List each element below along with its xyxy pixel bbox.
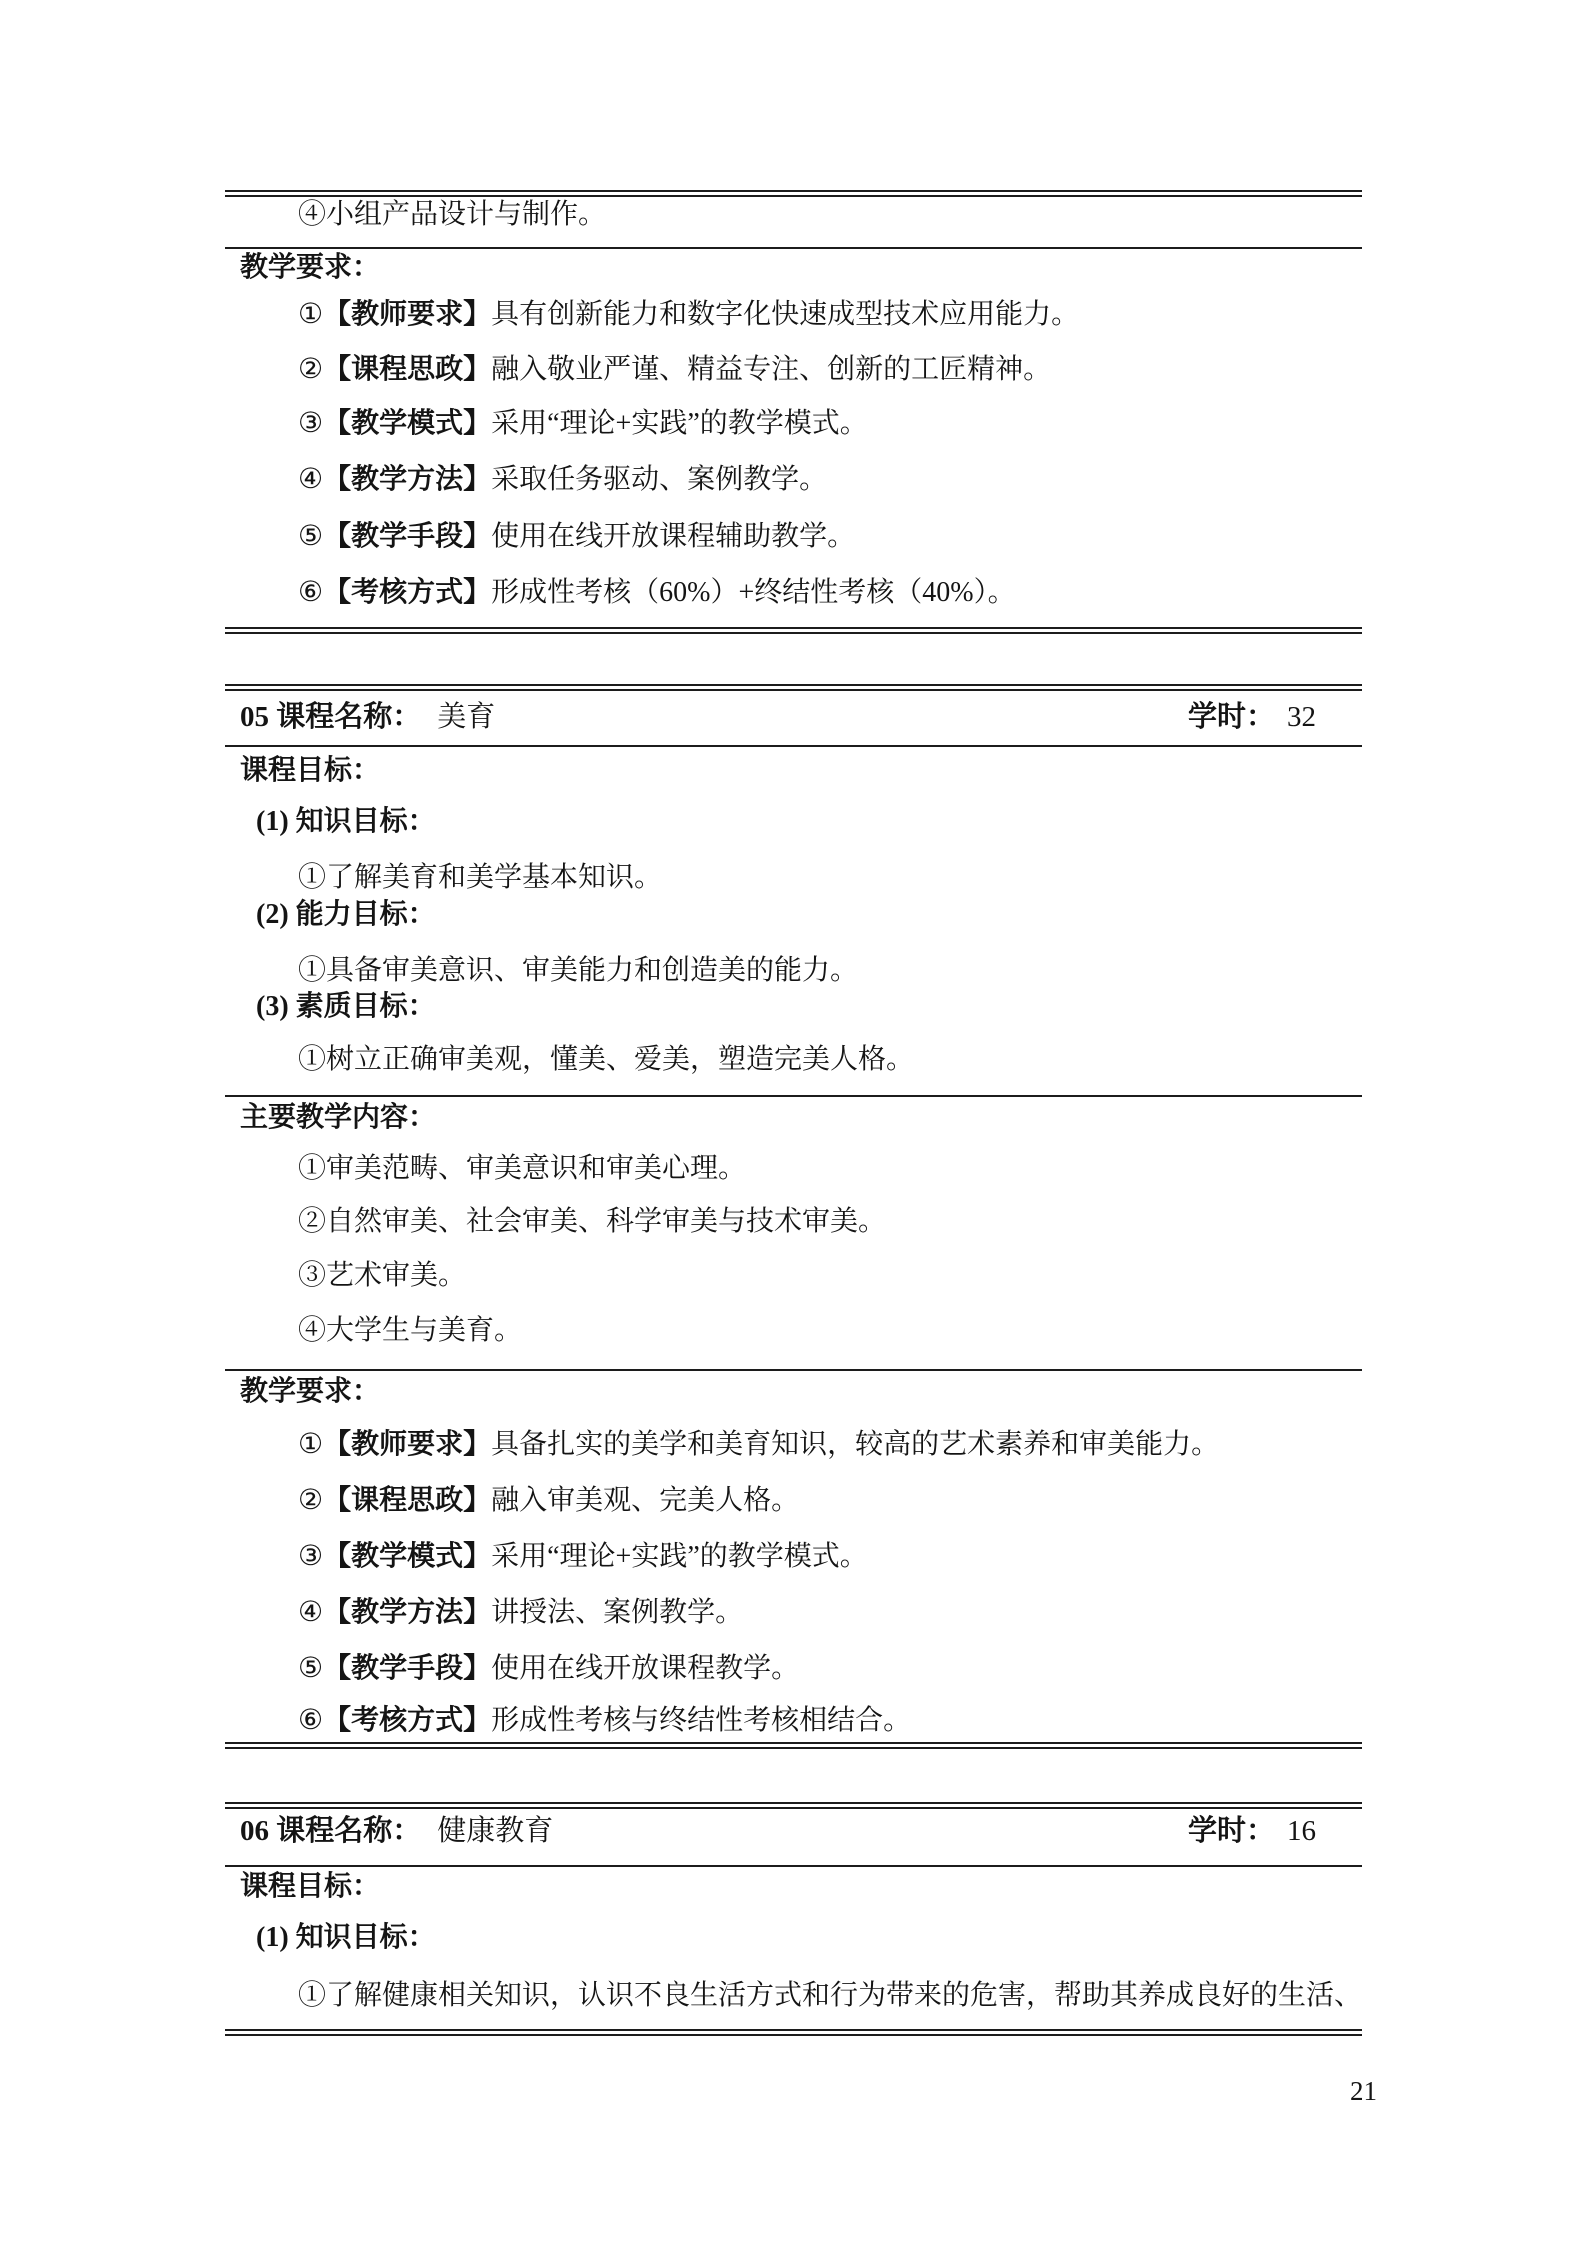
requirement-text: 具备扎实的美学和美育知识，较高的艺术素养和审美能力。 xyxy=(491,1429,1219,1460)
separator-line xyxy=(225,247,1362,249)
section-heading: 教学要求： xyxy=(240,251,380,285)
content-item: ④小组产品设计与制作。 xyxy=(298,198,606,232)
separator-double-line xyxy=(225,2029,1362,2036)
requirement-label: 【教学手段】 xyxy=(323,1653,491,1684)
objective-item: ①具备审美意识、审美能力和创造美的能力。 xyxy=(298,954,858,988)
requirement-number: ⑤ xyxy=(298,1653,323,1684)
requirement-text: 采用“理论+实践”的教学模式。 xyxy=(491,408,868,439)
requirement-item: ⑤【教学手段】使用在线开放课程辅助教学。 xyxy=(298,520,855,554)
requirement-label: 【教师要求】 xyxy=(323,1429,491,1460)
course-code-label: 06 课程名称： xyxy=(240,1814,421,1848)
course-hours: 学时：16 xyxy=(1188,1814,1316,1848)
requirement-text: 融入敬业严谨、精益专注、创新的工匠精神。 xyxy=(491,354,1051,385)
objective-subheading: (1) 知识目标： xyxy=(256,805,436,839)
section-heading: 课程目标： xyxy=(240,754,380,788)
separator-double-line xyxy=(225,684,1362,691)
section-heading: 教学要求： xyxy=(240,1375,380,1409)
course-code-label: 05 课程名称： xyxy=(240,700,421,734)
requirement-label: 【教学模式】 xyxy=(323,1541,491,1572)
requirement-item: ③【教学模式】采用“理论+实践”的教学模式。 xyxy=(298,1540,868,1574)
content-item: ③艺术审美。 xyxy=(298,1259,466,1293)
course-header-row: 06 课程名称： 健康教育 学时：16 xyxy=(240,1814,1362,1848)
hours-value: 16 xyxy=(1287,1815,1316,1847)
course-hours: 学时：32 xyxy=(1188,700,1316,734)
requirement-number: ② xyxy=(298,354,323,385)
requirement-item: ①【教师要求】具有创新能力和数字化快速成型技术应用能力。 xyxy=(298,298,1079,332)
requirement-item: ④【教学方法】讲授法、案例教学。 xyxy=(298,1596,743,1630)
requirement-text: 使用在线开放课程辅助教学。 xyxy=(491,521,855,552)
objective-subheading: (2) 能力目标： xyxy=(256,898,436,932)
content-item: ②自然审美、社会审美、科学审美与技术审美。 xyxy=(298,1205,886,1239)
requirement-number: ① xyxy=(298,299,323,330)
requirement-number: ⑤ xyxy=(298,521,323,552)
requirement-label: 【教学方法】 xyxy=(323,464,491,495)
requirement-label: 【教学方法】 xyxy=(323,1597,491,1628)
hours-label: 学时： xyxy=(1188,701,1275,733)
requirement-text: 具有创新能力和数字化快速成型技术应用能力。 xyxy=(491,299,1079,330)
requirement-number: ④ xyxy=(298,1597,323,1628)
requirement-item: ⑥【考核方式】形成性考核（60%）+终结性考核（40%）。 xyxy=(298,576,1016,610)
requirement-label: 【教师要求】 xyxy=(323,299,491,330)
course-header-row: 05 课程名称： 美育 学时：32 xyxy=(240,700,1362,734)
requirement-text: 形成性考核与终结性考核相结合。 xyxy=(491,1705,911,1736)
separator-line xyxy=(225,745,1362,747)
requirement-number: ⑥ xyxy=(298,1705,323,1736)
content-item: ①审美范畴、审美意识和审美心理。 xyxy=(298,1152,746,1186)
separator-double-line xyxy=(225,1802,1362,1809)
requirement-label: 【课程思政】 xyxy=(323,354,491,385)
requirement-item: ⑥【考核方式】形成性考核与终结性考核相结合。 xyxy=(298,1704,911,1738)
content-item: ④大学生与美育。 xyxy=(298,1314,522,1348)
requirement-label: 【考核方式】 xyxy=(323,577,491,608)
requirement-number: ⑥ xyxy=(298,577,323,608)
separator-double-line xyxy=(225,627,1362,634)
requirement-item: ②【课程思政】融入敬业严谨、精益专注、创新的工匠精神。 xyxy=(298,353,1051,387)
requirement-label: 【考核方式】 xyxy=(323,1705,491,1736)
objective-subheading: (1) 知识目标： xyxy=(256,1921,436,1955)
objective-item: ①了解美育和美学基本知识。 xyxy=(298,861,662,895)
objective-subheading: (3) 素质目标： xyxy=(256,990,436,1024)
requirement-text: 形成性考核（60%）+终结性考核（40%）。 xyxy=(491,577,1015,608)
page-number: 21 xyxy=(1350,2076,1377,2106)
hours-value: 32 xyxy=(1287,701,1316,733)
objective-item: ①树立正确审美观，懂美、爱美，塑造完美人格。 xyxy=(298,1043,914,1077)
requirement-text: 讲授法、案例教学。 xyxy=(491,1597,743,1628)
section-heading: 主要教学内容： xyxy=(240,1101,436,1135)
course-name: 美育 xyxy=(437,700,495,734)
separator-double-line xyxy=(225,190,1362,197)
separator-line xyxy=(225,1369,1362,1371)
requirement-number: ② xyxy=(298,1485,323,1516)
requirement-text: 使用在线开放课程教学。 xyxy=(491,1653,799,1684)
requirement-label: 【课程思政】 xyxy=(323,1485,491,1516)
requirement-text: 采用“理论+实践”的教学模式。 xyxy=(491,1541,868,1572)
requirement-number: ③ xyxy=(298,1541,323,1572)
separator-double-line xyxy=(225,1742,1362,1749)
section-heading: 课程目标： xyxy=(240,1870,380,1904)
hours-label: 学时： xyxy=(1188,1815,1275,1847)
separator-line xyxy=(225,1865,1362,1867)
requirement-number: ④ xyxy=(298,464,323,495)
requirement-item: ③【教学模式】采用“理论+实践”的教学模式。 xyxy=(298,407,868,441)
objective-item: ①了解健康相关知识，认识不良生活方式和行为带来的危害，帮助其养成良好的生活、 xyxy=(298,1979,1362,2013)
requirement-item: ④【教学方法】采取任务驱动、案例教学。 xyxy=(298,463,827,497)
requirement-number: ③ xyxy=(298,408,323,439)
requirement-label: 【教学手段】 xyxy=(323,521,491,552)
document-page: ④小组产品设计与制作。 教学要求： ①【教师要求】具有创新能力和数字化快速成型技… xyxy=(0,0,1587,2245)
course-name: 健康教育 xyxy=(437,1814,553,1848)
requirement-item: ①【教师要求】具备扎实的美学和美育知识，较高的艺术素养和审美能力。 xyxy=(298,1428,1219,1462)
requirement-text: 融入审美观、完美人格。 xyxy=(491,1485,799,1516)
requirement-number: ① xyxy=(298,1429,323,1460)
separator-line xyxy=(225,1095,1362,1097)
requirement-text: 采取任务驱动、案例教学。 xyxy=(491,464,827,495)
requirement-item: ②【课程思政】融入审美观、完美人格。 xyxy=(298,1484,799,1518)
requirement-item: ⑤【教学手段】使用在线开放课程教学。 xyxy=(298,1652,799,1686)
requirement-label: 【教学模式】 xyxy=(323,408,491,439)
